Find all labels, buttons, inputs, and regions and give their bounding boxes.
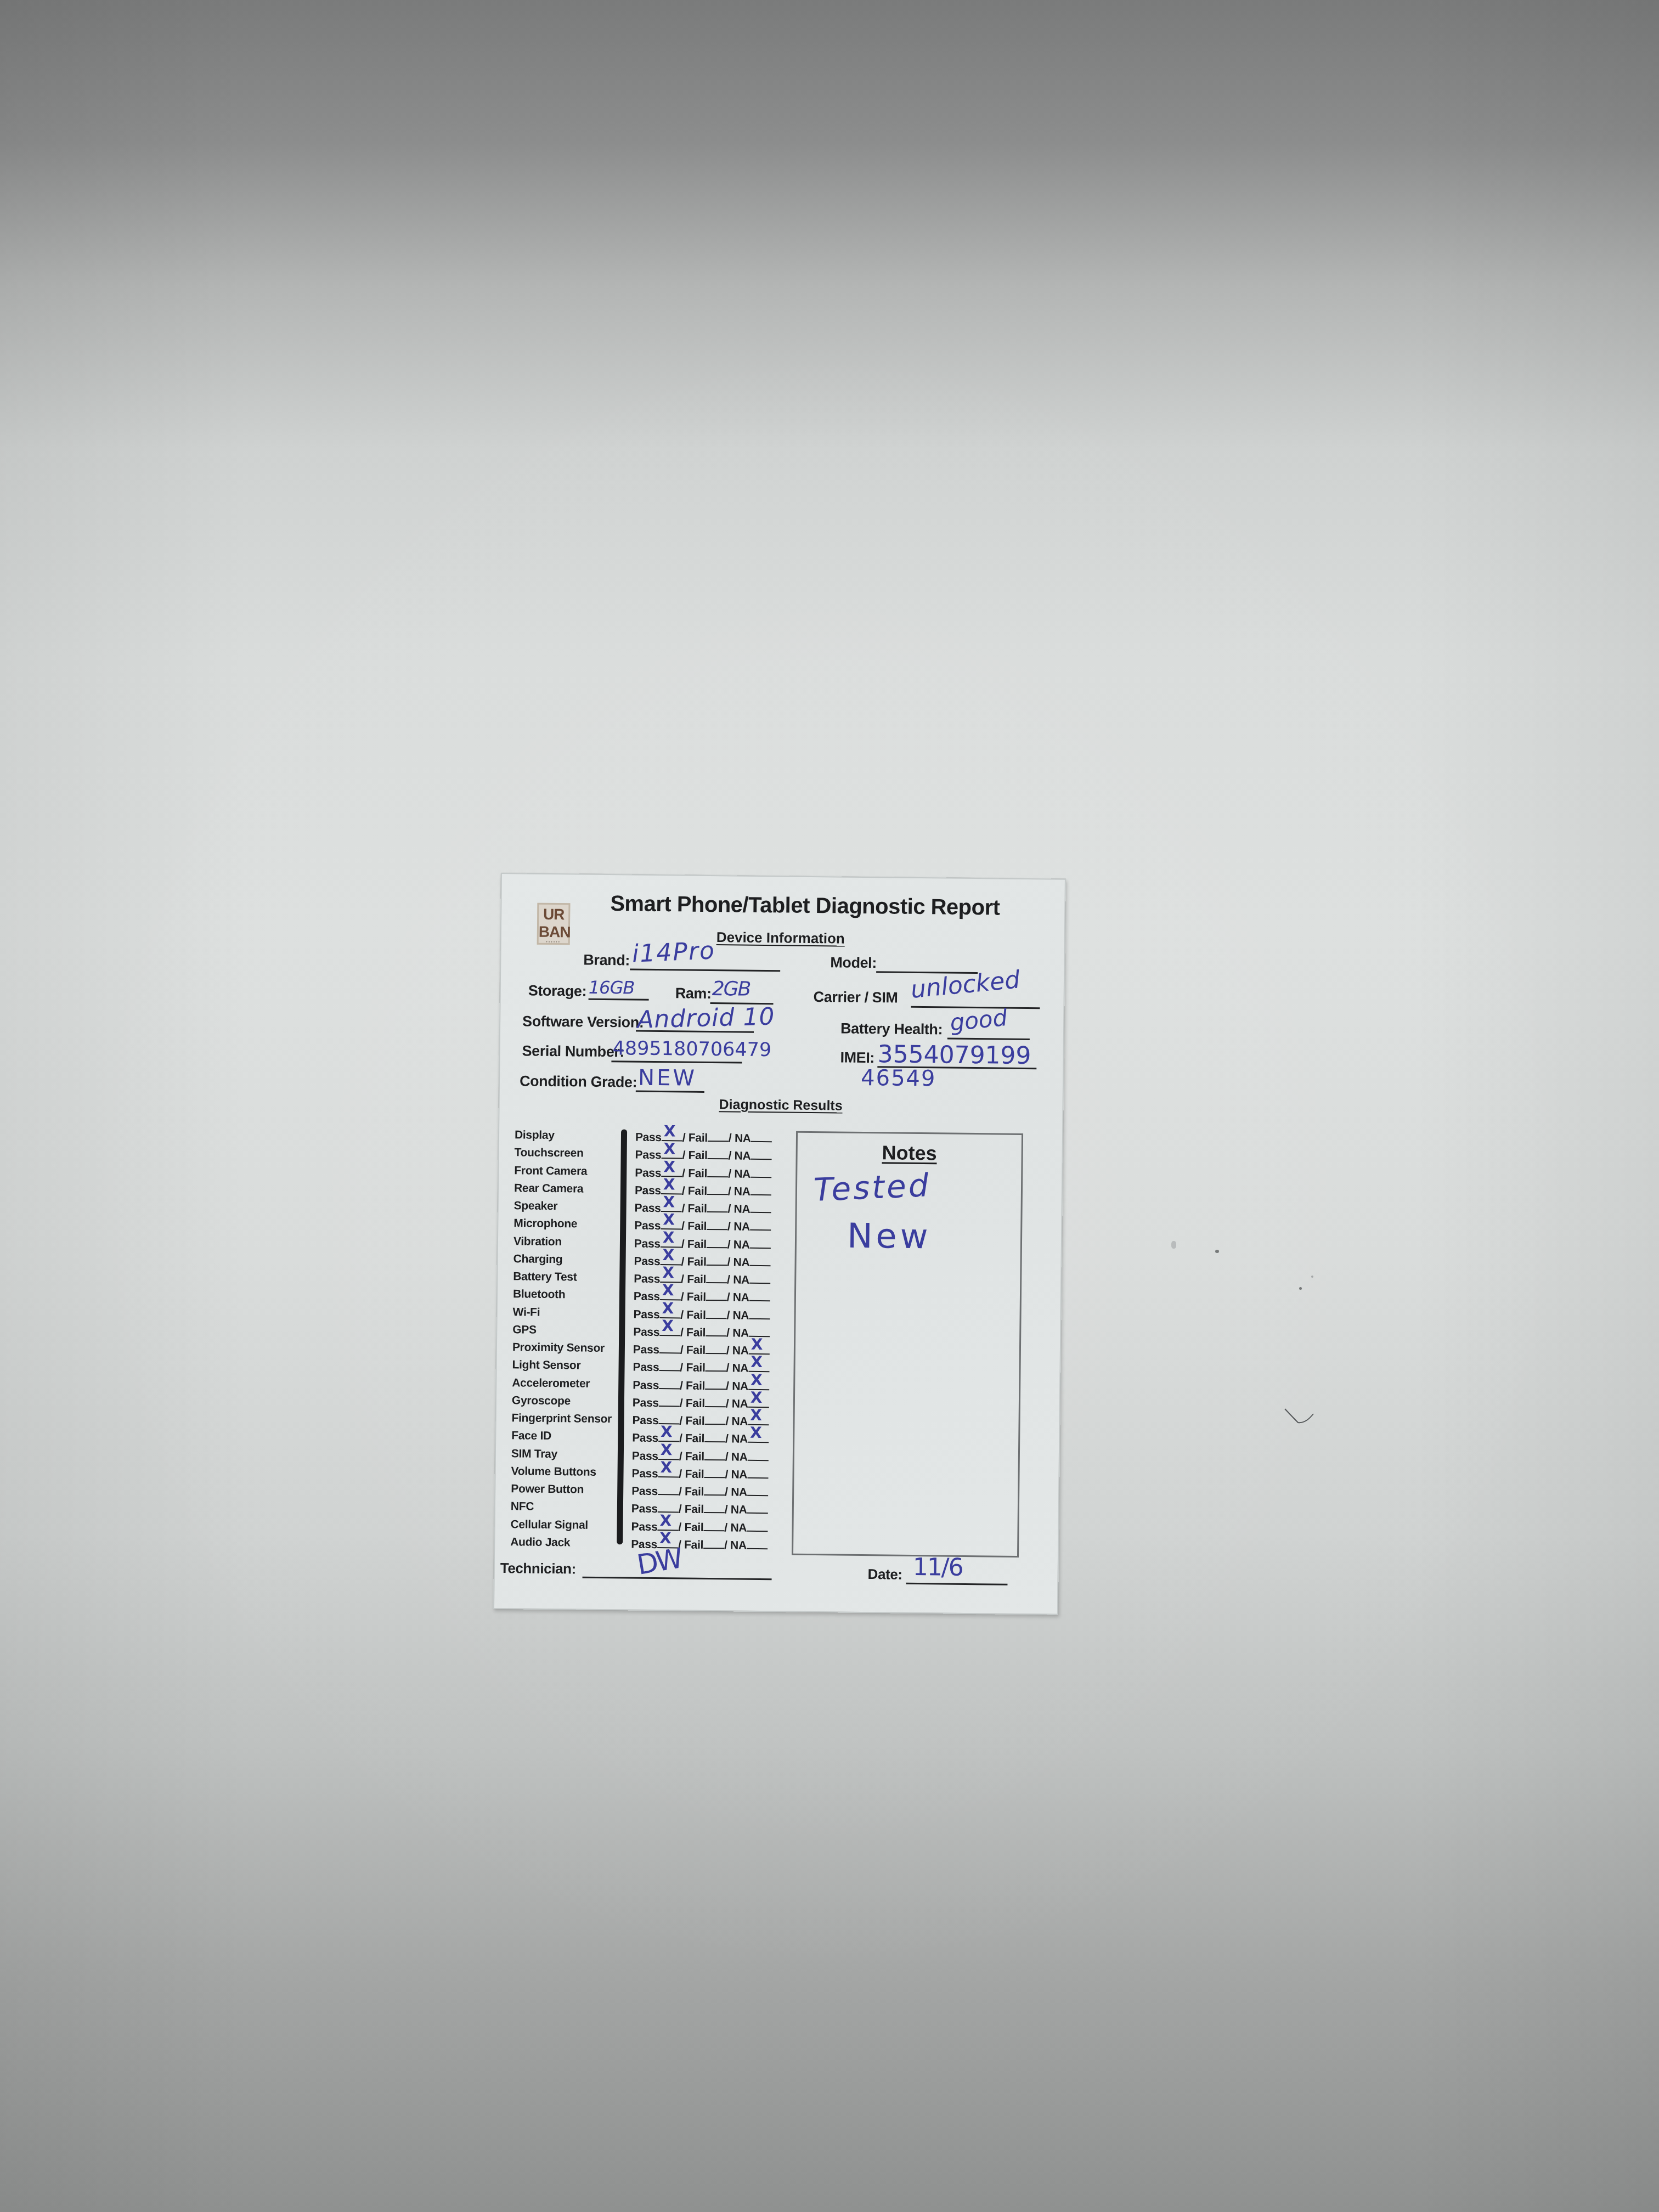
- separator: /: [681, 1291, 687, 1304]
- na-label: NA: [732, 1397, 748, 1410]
- separator: /: [729, 1132, 735, 1144]
- pass-label: Pass: [633, 1396, 659, 1409]
- separator: /: [679, 1503, 685, 1516]
- test-name: Speaker: [514, 1199, 558, 1213]
- test-options: PassX/ Fail/ NA: [631, 1466, 768, 1482]
- test-options: PassX/ Fail/ NAX: [632, 1431, 769, 1447]
- test-options: PassX/ Fail/ NA: [634, 1254, 770, 1269]
- check-mark-icon: X: [751, 1337, 763, 1352]
- test-options: PassX/ Fail/ NA: [635, 1183, 771, 1199]
- separator: /: [679, 1468, 685, 1480]
- pass-label: Pass: [635, 1166, 661, 1179]
- separator: /: [725, 1468, 731, 1481]
- separator: /: [680, 1344, 686, 1356]
- na-label: NA: [731, 1468, 747, 1481]
- separator: /: [681, 1220, 687, 1233]
- separator: /: [681, 1255, 687, 1268]
- test-options: Pass/ Fail/ NAX: [633, 1342, 770, 1358]
- fail-checkbox[interactable]: [704, 1467, 725, 1478]
- fail-checkbox[interactable]: [704, 1502, 725, 1513]
- na-checkbox[interactable]: [750, 1237, 771, 1248]
- separator: /: [726, 1397, 732, 1410]
- fail-label: Fail: [684, 1538, 703, 1551]
- test-name: Proximity Sensor: [512, 1341, 605, 1355]
- background-speck: [1215, 1250, 1219, 1253]
- separator: /: [679, 1485, 685, 1498]
- background-hair-fiber: [1284, 1407, 1317, 1426]
- pass-label: Pass: [634, 1290, 660, 1303]
- fail-label: Fail: [686, 1344, 706, 1357]
- test-name: Charging: [513, 1252, 563, 1266]
- separator: /: [680, 1362, 686, 1374]
- check-mark-icon: X: [659, 1513, 672, 1528]
- test-name: Rear Camera: [514, 1182, 584, 1195]
- na-checkbox[interactable]: [749, 1273, 770, 1284]
- fail-checkbox[interactable]: [707, 1237, 727, 1248]
- na-label: NA: [733, 1291, 749, 1304]
- logo-line-2: BAN: [539, 923, 568, 941]
- separator: /: [727, 1203, 733, 1215]
- separator: /: [726, 1380, 732, 1392]
- test-name: Vibration: [513, 1235, 562, 1249]
- fail-checkbox[interactable]: [707, 1219, 727, 1230]
- fail-checkbox[interactable]: [703, 1538, 724, 1549]
- separator: /: [679, 1414, 685, 1427]
- na-label: NA: [733, 1238, 750, 1251]
- test-name: Display: [515, 1128, 555, 1142]
- na-checkbox[interactable]: [751, 1131, 772, 1142]
- na-label: NA: [732, 1380, 748, 1392]
- separator: /: [679, 1432, 685, 1445]
- checklist-row: GyroscopePass/ Fail/ NAX: [496, 1394, 782, 1413]
- separator: /: [680, 1326, 686, 1339]
- separator: /: [680, 1397, 686, 1409]
- fail-label: Fail: [685, 1503, 704, 1516]
- na-checkbox[interactable]: [751, 1149, 771, 1160]
- na-label: NA: [731, 1486, 747, 1498]
- separator: /: [724, 1521, 730, 1534]
- checklist-row: Front CameraPassX/ Fail/ NA: [499, 1164, 784, 1183]
- technician-value[interactable]: DW: [635, 1542, 683, 1581]
- check-mark-icon: X: [662, 1318, 674, 1334]
- fail-label: Fail: [686, 1326, 706, 1339]
- diagnostic-report-card: UR BAN •••••• Smart Phone/Tablet Diagnos…: [493, 873, 1066, 1615]
- checklist-row: Wi-FiPassX/ Fail/ NA: [497, 1305, 782, 1324]
- fail-label: Fail: [686, 1379, 705, 1392]
- pass-label: Pass: [635, 1131, 662, 1144]
- diagnostic-results-heading: Diagnostic Results: [719, 1097, 842, 1114]
- checklist-row: Proximity SensorPass/ Fail/ NAX: [497, 1341, 782, 1360]
- pass-checkbox[interactable]: X: [658, 1466, 679, 1477]
- pass-label: Pass: [633, 1379, 659, 1391]
- pass-checkbox[interactable]: [659, 1360, 680, 1371]
- pass-label: Pass: [632, 1449, 658, 1462]
- separator: /: [726, 1362, 732, 1375]
- checklist-row: Rear CameraPassX/ Fail/ NA: [499, 1182, 784, 1201]
- check-mark-icon: X: [663, 1159, 675, 1175]
- na-label: NA: [730, 1539, 747, 1551]
- check-mark-icon: X: [663, 1194, 675, 1210]
- separator: /: [725, 1486, 731, 1498]
- serial-number-field-line: [611, 1060, 742, 1063]
- condition-grade-value[interactable]: NEW: [638, 1065, 697, 1091]
- pass-label: Pass: [633, 1361, 659, 1374]
- report-title: Smart Phone/Tablet Diagnostic Report: [501, 890, 1064, 921]
- check-mark-icon: X: [750, 1408, 762, 1423]
- storage-value[interactable]: 16GB: [589, 977, 635, 998]
- checklist-row: Cellular SignalPassX/ Fail/ NA: [495, 1517, 780, 1537]
- pass-label: Pass: [631, 1503, 658, 1516]
- test-name: Light Sensor: [512, 1359, 580, 1373]
- na-label: NA: [731, 1504, 747, 1516]
- separator: /: [725, 1504, 731, 1516]
- brand-label: Brand:: [583, 952, 630, 969]
- imei-label: IMEI:: [840, 1049, 874, 1066]
- test-options: PassX/ Fail/ NA: [635, 1148, 771, 1164]
- date-value[interactable]: 11/6: [913, 1553, 963, 1582]
- test-options: Pass/ Fail/ NAX: [633, 1378, 769, 1393]
- check-mark-icon: X: [660, 1460, 672, 1475]
- separator: /: [682, 1184, 688, 1197]
- test-name: Gyroscope: [512, 1394, 571, 1408]
- pass-label: Pass: [633, 1344, 659, 1357]
- separator: /: [724, 1539, 730, 1551]
- fail-checkbox[interactable]: [704, 1414, 725, 1425]
- test-options: PassX/ Fail/ NA: [634, 1236, 771, 1252]
- check-mark-icon: X: [664, 1124, 676, 1139]
- separator: /: [728, 1185, 734, 1198]
- separator: /: [727, 1238, 733, 1251]
- notes-line-1: Tested: [813, 1166, 932, 1209]
- check-mark-icon: X: [663, 1212, 675, 1227]
- background-speck: [1311, 1276, 1313, 1278]
- fail-label: Fail: [688, 1167, 707, 1180]
- separator: /: [727, 1273, 733, 1286]
- na-checkbox[interactable]: [747, 1538, 768, 1549]
- check-mark-icon: X: [750, 1425, 762, 1441]
- fail-label: Fail: [688, 1149, 707, 1162]
- na-label: NA: [732, 1344, 749, 1357]
- check-mark-icon: X: [663, 1177, 675, 1192]
- checklist-row: Power ButtonPass/ Fail/ NA: [495, 1482, 781, 1502]
- test-options: PassX/ Fail/ NA: [634, 1289, 770, 1305]
- pass-checkbox[interactable]: [658, 1484, 679, 1495]
- fail-label: Fail: [687, 1255, 706, 1268]
- fail-checkbox[interactable]: [707, 1201, 727, 1212]
- checklist-row: BluetoothPassX/ Fail/ NA: [498, 1288, 783, 1307]
- pass-label: Pass: [633, 1325, 659, 1339]
- na-checkbox[interactable]: [751, 1166, 771, 1177]
- test-name: Accelerometer: [512, 1376, 590, 1390]
- software-version-label: Software Version:: [522, 1013, 644, 1031]
- na-label: NA: [733, 1273, 749, 1286]
- test-name: Wi-Fi: [512, 1306, 540, 1319]
- checklist-row: MicrophonePassX/ Fail/ NA: [498, 1217, 783, 1236]
- na-checkbox[interactable]: [749, 1308, 770, 1319]
- check-mark-icon: X: [751, 1355, 763, 1370]
- na-checkbox[interactable]: [750, 1220, 771, 1231]
- test-options: PassX/ Fail/ NA: [631, 1519, 768, 1535]
- test-name: Microphone: [513, 1217, 577, 1231]
- fail-label: Fail: [685, 1415, 704, 1427]
- na-label: NA: [733, 1203, 750, 1215]
- checklist-row: SIM TrayPassX/ Fail/ NA: [496, 1447, 781, 1466]
- test-name: NFC: [511, 1500, 534, 1514]
- test-name: Battery Test: [513, 1270, 577, 1284]
- separator: /: [679, 1450, 685, 1463]
- diagnostic-checklist: DisplayPassX/ Fail/ NATouchscreenPassX/ …: [502, 874, 1065, 880]
- pass-checkbox[interactable]: [659, 1396, 680, 1407]
- checklist-row: VibrationPassX/ Fail/ NA: [498, 1234, 783, 1254]
- fail-label: Fail: [686, 1308, 706, 1321]
- test-name: Power Button: [511, 1482, 584, 1496]
- test-name: Volume Buttons: [511, 1465, 596, 1479]
- test-name: Cellular Signal: [510, 1518, 588, 1532]
- separator: /: [681, 1238, 687, 1250]
- separator: /: [682, 1149, 688, 1162]
- pass-checkbox[interactable]: X: [659, 1325, 680, 1336]
- test-name: Face ID: [511, 1430, 551, 1443]
- battery-health-label: Battery Health:: [840, 1020, 943, 1038]
- notes-line-2: New: [847, 1216, 932, 1257]
- separator: /: [728, 1150, 734, 1163]
- test-name: Touchscreen: [515, 1147, 584, 1160]
- pass-label: Pass: [634, 1237, 661, 1250]
- fail-label: Fail: [688, 1184, 707, 1197]
- check-mark-icon: X: [661, 1424, 673, 1440]
- pass-label: Pass: [634, 1273, 660, 1286]
- checklist-row: AccelerometerPass/ Fail/ NAX: [496, 1376, 782, 1395]
- test-options: PassX/ Fail/ NA: [635, 1130, 772, 1146]
- separator: /: [726, 1327, 732, 1339]
- separator: /: [680, 1308, 686, 1321]
- pass-label: Pass: [634, 1220, 661, 1232]
- separator: /: [727, 1221, 733, 1233]
- check-mark-icon: X: [661, 1442, 673, 1458]
- fail-checkbox[interactable]: [705, 1361, 726, 1372]
- separator: /: [680, 1379, 686, 1392]
- check-mark-icon: X: [663, 1141, 675, 1156]
- checklist-row: ChargingPassX/ Fail/ NA: [498, 1252, 783, 1272]
- checklist-row: NFCPass/ Fail/ NA: [495, 1500, 781, 1519]
- na-checkbox[interactable]: [747, 1503, 768, 1514]
- test-options: PassX/ Fail/ NA: [634, 1218, 771, 1234]
- test-options: PassX/ Fail/ NA: [634, 1201, 771, 1217]
- technician-field-line: [583, 1577, 772, 1581]
- software-version-value[interactable]: Android 10: [637, 1003, 775, 1034]
- logo-dots: ••••••: [539, 941, 568, 945]
- storage-field-line: [589, 998, 649, 1001]
- fail-label: Fail: [685, 1486, 704, 1498]
- fail-label: Fail: [685, 1432, 704, 1445]
- fail-checkbox[interactable]: [704, 1485, 725, 1496]
- fail-checkbox[interactable]: [707, 1166, 728, 1177]
- fail-checkbox[interactable]: [707, 1148, 728, 1159]
- pass-label: Pass: [633, 1308, 659, 1321]
- fail-checkbox[interactable]: [706, 1255, 727, 1266]
- separator: /: [682, 1131, 689, 1144]
- separator: /: [727, 1256, 733, 1268]
- fail-checkbox[interactable]: [705, 1396, 726, 1407]
- na-label: NA: [734, 1167, 751, 1180]
- test-options: PassX/ Fail/ NA: [635, 1165, 771, 1181]
- checklist-row: Volume ButtonsPassX/ Fail/ NA: [495, 1465, 781, 1484]
- fail-label: Fail: [687, 1203, 707, 1215]
- background-speck: [1171, 1241, 1176, 1249]
- ram-value[interactable]: 2GB: [712, 978, 751, 1001]
- carrier-label: Carrier / SIM: [813, 989, 898, 1007]
- test-name: Bluetooth: [513, 1288, 566, 1302]
- na-label: NA: [734, 1185, 751, 1198]
- date-field-line: [906, 1583, 1007, 1585]
- na-label: NA: [735, 1132, 751, 1144]
- na-checkbox[interactable]: [749, 1290, 770, 1301]
- pass-checkbox[interactable]: [659, 1378, 680, 1389]
- fail-label: Fail: [687, 1238, 707, 1250]
- separator: /: [725, 1433, 731, 1446]
- test-name: Audio Jack: [510, 1536, 570, 1549]
- separator: /: [726, 1344, 732, 1357]
- checklist-row: TouchscreenPassX/ Fail/ NA: [499, 1146, 784, 1165]
- na-label: NA: [732, 1309, 749, 1322]
- na-label: NA: [734, 1150, 751, 1163]
- pass-label: Pass: [635, 1149, 662, 1161]
- test-options: PassX/ Fail/ NA: [632, 1448, 769, 1464]
- na-label: NA: [732, 1362, 748, 1375]
- test-name: GPS: [512, 1323, 537, 1336]
- test-options: PassX/ Fail/ NA: [633, 1324, 770, 1340]
- na-checkbox[interactable]: [749, 1255, 770, 1266]
- checklist-row: GPSPassX/ Fail/ NA: [497, 1323, 782, 1342]
- na-checkbox[interactable]: [750, 1202, 771, 1213]
- na-checkbox[interactable]: [747, 1485, 768, 1496]
- checklist-row: Battery TestPassX/ Fail/ NA: [498, 1270, 783, 1289]
- serial-number-value[interactable]: 4895180706479: [612, 1037, 771, 1061]
- date-label: Date:: [867, 1566, 902, 1583]
- check-mark-icon: X: [751, 1390, 763, 1406]
- na-label: NA: [731, 1433, 748, 1446]
- separator: /: [681, 1202, 687, 1215]
- pass-label: Pass: [631, 1520, 657, 1533]
- test-options: PassX/ Fail/ NA: [633, 1307, 770, 1323]
- fail-label: Fail: [687, 1291, 706, 1304]
- test-options: Pass/ Fail/ NAX: [633, 1360, 769, 1376]
- fail-checkbox[interactable]: [704, 1449, 725, 1460]
- fail-checkbox[interactable]: [706, 1325, 726, 1336]
- test-options: Pass/ Fail/ NA: [631, 1502, 768, 1517]
- na-label: NA: [731, 1415, 748, 1427]
- na-label: NA: [733, 1221, 750, 1233]
- background-speck: [1299, 1287, 1302, 1290]
- device-information-heading: Device Information: [716, 929, 845, 947]
- pass-label: Pass: [631, 1485, 658, 1498]
- fail-label: Fail: [685, 1468, 704, 1480]
- technician-label: Technician:: [500, 1560, 576, 1577]
- fail-checkbox[interactable]: [708, 1131, 729, 1142]
- storage-label: Storage:: [528, 983, 587, 1000]
- check-mark-icon: X: [662, 1283, 674, 1298]
- pass-label: Pass: [634, 1255, 660, 1268]
- notes-heading: Notes: [797, 1141, 1021, 1166]
- fail-label: Fail: [687, 1273, 706, 1286]
- check-mark-icon: X: [751, 1372, 763, 1387]
- battery-health-value[interactable]: good: [949, 1004, 1008, 1036]
- checklist-row: SpeakerPassX/ Fail/ NA: [498, 1199, 783, 1218]
- na-checkbox[interactable]: [748, 1449, 769, 1460]
- test-name: SIM Tray: [511, 1447, 557, 1461]
- fail-label: Fail: [686, 1397, 705, 1409]
- test-options: Pass/ Fail/ NAX: [632, 1413, 769, 1429]
- test-name: Front Camera: [514, 1164, 587, 1178]
- checklist-row: DisplayPassX/ Fail/ NA: [499, 1128, 785, 1148]
- fail-label: Fail: [689, 1132, 708, 1144]
- fail-checkbox[interactable]: [705, 1378, 726, 1389]
- pass-label: Pass: [635, 1184, 661, 1197]
- pass-label: Pass: [632, 1432, 658, 1445]
- pass-checkbox[interactable]: [659, 1342, 680, 1353]
- na-checkbox[interactable]: [751, 1184, 771, 1195]
- test-options: Pass/ Fail/ NAX: [633, 1395, 769, 1411]
- separator: /: [728, 1167, 734, 1180]
- na-label: NA: [731, 1451, 748, 1463]
- fail-label: Fail: [686, 1362, 705, 1374]
- fail-checkbox[interactable]: [707, 1184, 728, 1195]
- check-mark-icon: X: [662, 1248, 674, 1263]
- checklist-row: Fingerprint SensorPass/ Fail/ NAX: [496, 1412, 781, 1431]
- fail-label: Fail: [687, 1220, 707, 1233]
- pass-label: Pass: [634, 1202, 661, 1215]
- separator: /: [725, 1415, 731, 1427]
- fail-checkbox[interactable]: [706, 1272, 727, 1283]
- checklist-row: Light SensorPass/ Fail/ NAX: [496, 1358, 782, 1378]
- fail-checkbox[interactable]: [706, 1307, 726, 1318]
- fail-checkbox[interactable]: [703, 1520, 724, 1531]
- checklist-row: Face IDPassX/ Fail/ NAX: [496, 1429, 781, 1448]
- na-checkbox[interactable]: [747, 1520, 768, 1531]
- na-label: NA: [732, 1327, 749, 1339]
- separator: /: [681, 1273, 687, 1285]
- check-mark-icon: X: [662, 1265, 674, 1280]
- check-mark-icon: X: [662, 1301, 674, 1316]
- separator: /: [727, 1291, 733, 1304]
- pass-label: Pass: [632, 1414, 658, 1427]
- imei-value-line-2[interactable]: 46549: [861, 1065, 936, 1091]
- test-name: Fingerprint Sensor: [511, 1412, 612, 1426]
- test-options: PassX/ Fail/ NA: [634, 1272, 770, 1288]
- serial-number-label: Serial Number:: [522, 1042, 624, 1060]
- separator: /: [682, 1167, 688, 1180]
- fail-label: Fail: [684, 1521, 703, 1533]
- separator: /: [725, 1451, 731, 1463]
- separator: /: [678, 1521, 684, 1533]
- fail-checkbox[interactable]: [704, 1431, 725, 1442]
- na-label: NA: [733, 1256, 749, 1268]
- na-checkbox[interactable]: X: [748, 1432, 769, 1443]
- brand-value[interactable]: i14Pro: [631, 936, 716, 968]
- fail-checkbox[interactable]: [706, 1290, 727, 1301]
- separator: /: [726, 1309, 732, 1322]
- pass-label: Pass: [631, 1467, 658, 1480]
- fail-label: Fail: [685, 1450, 704, 1463]
- fail-checkbox[interactable]: [706, 1343, 726, 1354]
- notes-box[interactable]: Notes Tested New: [792, 1131, 1023, 1558]
- na-checkbox[interactable]: [747, 1468, 768, 1479]
- check-mark-icon: X: [663, 1230, 675, 1245]
- test-options: Pass/ Fail/ NA: [631, 1484, 768, 1500]
- na-label: NA: [730, 1521, 747, 1534]
- battery-health-field-line: [947, 1038, 1030, 1041]
- brand-field-line: [630, 968, 780, 972]
